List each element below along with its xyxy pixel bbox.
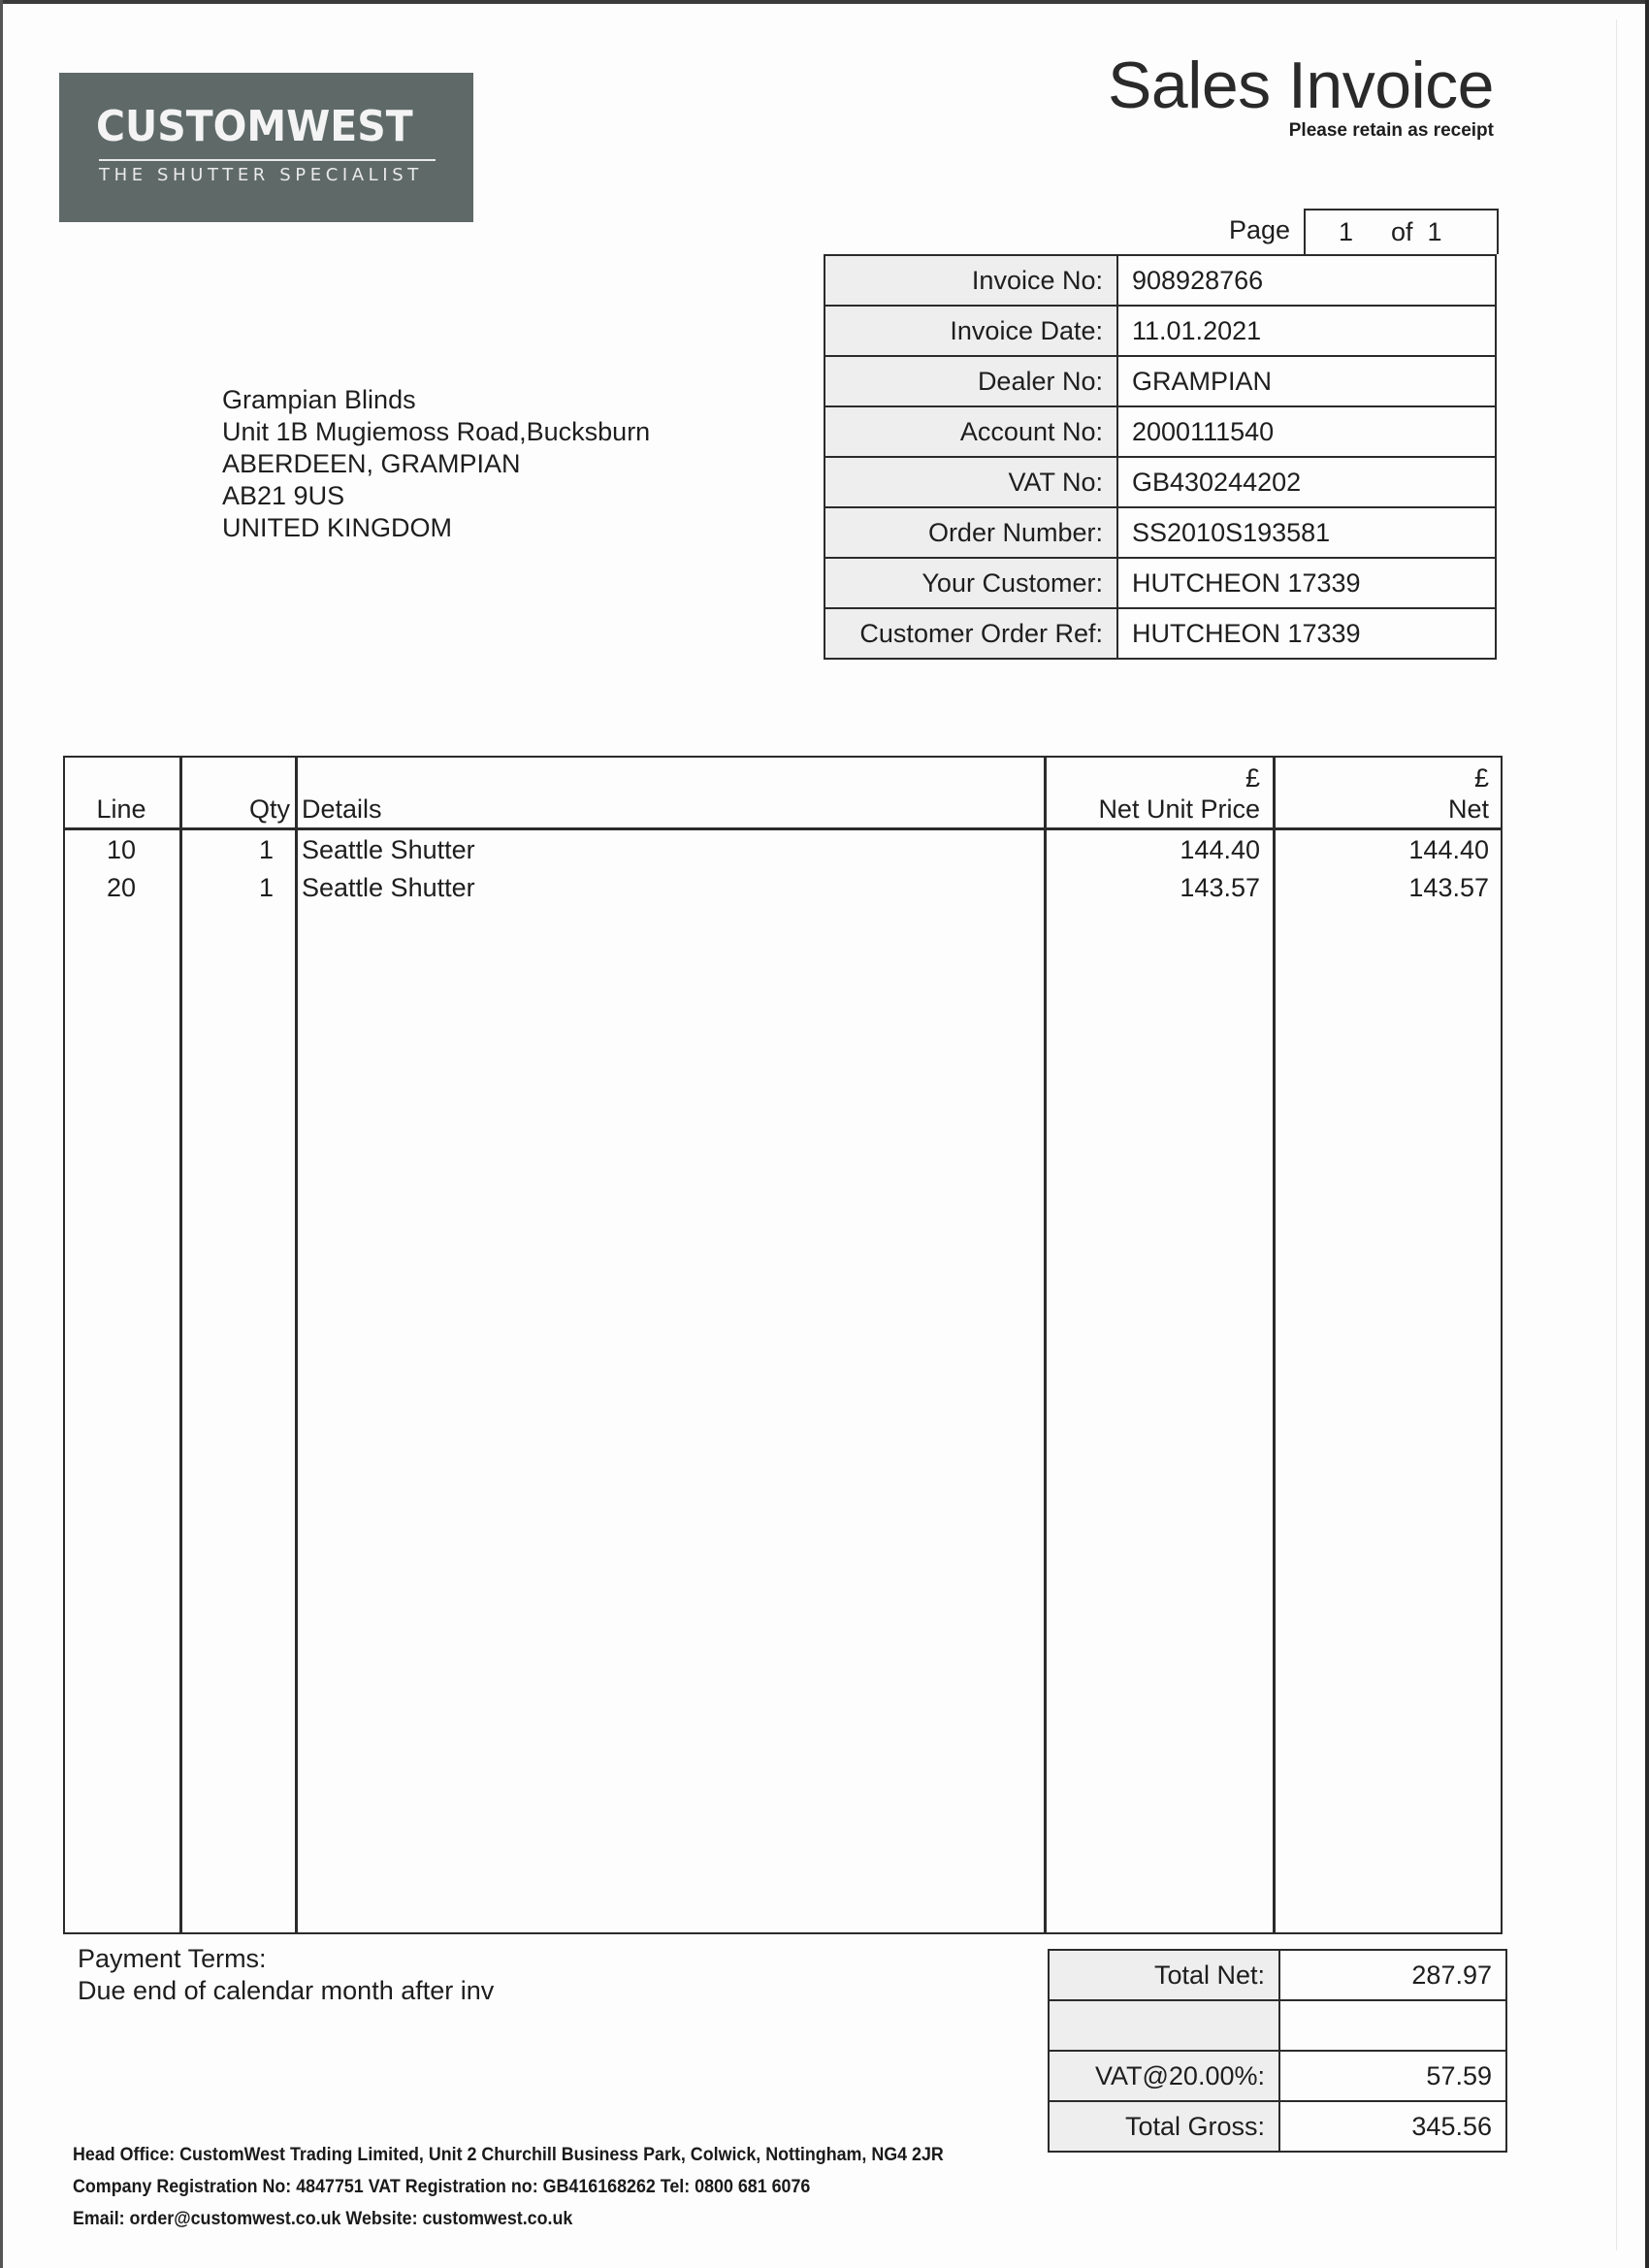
footer-registration: Company Registration No: 4847751 VAT Reg…: [73, 2171, 944, 2203]
col-header-line: Line: [65, 794, 178, 824]
document-subtitle: Please retain as receipt: [1289, 120, 1494, 142]
invoice-info-table: Invoice No: 908928766 Invoice Date: 11.0…: [824, 254, 1497, 660]
info-row-order-number: Order Number: SS2010S193581: [824, 507, 1496, 558]
payment-terms: Payment Terms: Due end of calendar month…: [78, 1943, 494, 2007]
info-value: GRAMPIAN: [1117, 356, 1496, 406]
scan-edge-top: [0, 0, 1649, 4]
column-divider: [1273, 758, 1276, 1932]
company-footer: Head Office: CustomWest Trading Limited,…: [73, 2139, 999, 2235]
header-divider: [65, 827, 1501, 830]
row-unit-price: 143.57: [1047, 873, 1260, 902]
info-row-customer-order-ref: Customer Order Ref: HUTCHEON 17339: [824, 608, 1496, 659]
customer-address: Grampian Blinds Unit 1B Mugiemoss Road,B…: [222, 384, 650, 544]
info-value: HUTCHEON 17339: [1117, 608, 1496, 659]
page-total: 1: [1428, 217, 1442, 246]
totals-label: Total Net:: [1049, 1950, 1279, 2000]
company-logo: CUSTOMWEST THE SHUTTER SPECIALIST: [59, 73, 473, 222]
info-label: Dealer No:: [824, 356, 1117, 406]
totals-value: 57.59: [1279, 2051, 1506, 2101]
totals-value: [1279, 2000, 1506, 2051]
totals-value: 345.56: [1279, 2101, 1506, 2152]
info-row-account-no: Account No: 2000111540: [824, 406, 1496, 457]
payment-terms-value: Due end of calendar month after inv: [78, 1975, 494, 2007]
column-divider: [1044, 758, 1047, 1932]
address-line: UNITED KINGDOM: [222, 512, 650, 544]
info-value: 11.01.2021: [1117, 306, 1496, 356]
row-qty: 1: [181, 873, 274, 902]
page-current: 1: [1339, 217, 1353, 247]
address-line: Unit 1B Mugiemoss Road,Bucksburn: [222, 416, 650, 448]
address-line: Grampian Blinds: [222, 384, 650, 416]
col-header-net: Net: [1276, 794, 1489, 824]
info-value: HUTCHEON 17339: [1117, 558, 1496, 608]
info-value: 2000111540: [1117, 406, 1496, 457]
col-header-unit-price-currency: £: [1047, 763, 1260, 793]
footer-head-office: Head Office: CustomWest Trading Limited,…: [73, 2139, 944, 2171]
column-divider: [179, 758, 182, 1932]
row-details: Seattle Shutter: [302, 873, 475, 902]
address-line: ABERDEEN, GRAMPIAN: [222, 448, 650, 480]
column-divider: [295, 758, 298, 1932]
row-unit-price: 144.40: [1047, 835, 1260, 864]
row-details: Seattle Shutter: [302, 835, 475, 864]
info-label: Invoice Date:: [824, 306, 1117, 356]
page-of-label: of: [1391, 217, 1413, 246]
info-row-dealer-no: Dealer No: GRAMPIAN: [824, 356, 1496, 406]
col-header-qty: Qty: [181, 794, 290, 824]
totals-row-vat: VAT@20.00%: 57.59: [1049, 2051, 1506, 2101]
info-row-invoice-no: Invoice No: 908928766: [824, 255, 1496, 306]
col-header-unit-price: Net Unit Price: [1047, 794, 1260, 824]
logo-divider: [99, 159, 436, 161]
info-value: SS2010S193581: [1117, 507, 1496, 558]
info-value: 908928766: [1117, 255, 1496, 306]
info-row-your-customer: Your Customer: HUTCHEON 17339: [824, 558, 1496, 608]
page-of-total: of 1: [1391, 217, 1442, 247]
info-value: GB430244202: [1117, 457, 1496, 507]
logo-tagline: THE SHUTTER SPECIALIST: [99, 164, 438, 187]
totals-row-blank: [1049, 2000, 1506, 2051]
scan-fold-line: [1616, 19, 1617, 2251]
col-header-net-currency: £: [1276, 763, 1489, 793]
page-label: Page: [1203, 215, 1290, 245]
totals-value: 287.97: [1279, 1950, 1506, 2000]
totals-row-net: Total Net: 287.97: [1049, 1950, 1506, 2000]
info-label: Customer Order Ref:: [824, 608, 1117, 659]
line-items-table: Line Qty Details £ Net Unit Price £ Net …: [63, 756, 1503, 1934]
scan-edge-left: [0, 0, 3, 2268]
page-indicator: 1 of 1: [1304, 209, 1499, 254]
totals-label: Total Gross:: [1049, 2101, 1279, 2152]
row-line: 10: [65, 835, 178, 864]
row-qty: 1: [181, 835, 274, 864]
scan-edge-right: [1645, 0, 1649, 2268]
row-net: 143.57: [1276, 873, 1489, 902]
row-net: 144.40: [1276, 835, 1489, 864]
address-line: AB21 9US: [222, 480, 650, 512]
footer-contact: Email: order@customwest.co.uk Website: c…: [73, 2203, 944, 2235]
info-label: Invoice No:: [824, 255, 1117, 306]
document-title: Sales Invoice: [1108, 47, 1494, 124]
payment-terms-label: Payment Terms:: [78, 1943, 494, 1975]
info-label: VAT No:: [824, 457, 1117, 507]
info-label: Your Customer:: [824, 558, 1117, 608]
info-row-vat-no: VAT No: GB430244202: [824, 457, 1496, 507]
totals-row-gross: Total Gross: 345.56: [1049, 2101, 1506, 2152]
totals-label: [1049, 2000, 1279, 2051]
info-row-invoice-date: Invoice Date: 11.01.2021: [824, 306, 1496, 356]
col-header-details: Details: [302, 794, 382, 824]
info-label: Order Number:: [824, 507, 1117, 558]
row-line: 20: [65, 873, 178, 902]
info-label: Account No:: [824, 406, 1117, 457]
totals-label: VAT@20.00%:: [1049, 2051, 1279, 2101]
totals-table: Total Net: 287.97 VAT@20.00%: 57.59 Tota…: [1048, 1949, 1507, 2153]
logo-name: CUSTOMWEST: [96, 103, 412, 151]
